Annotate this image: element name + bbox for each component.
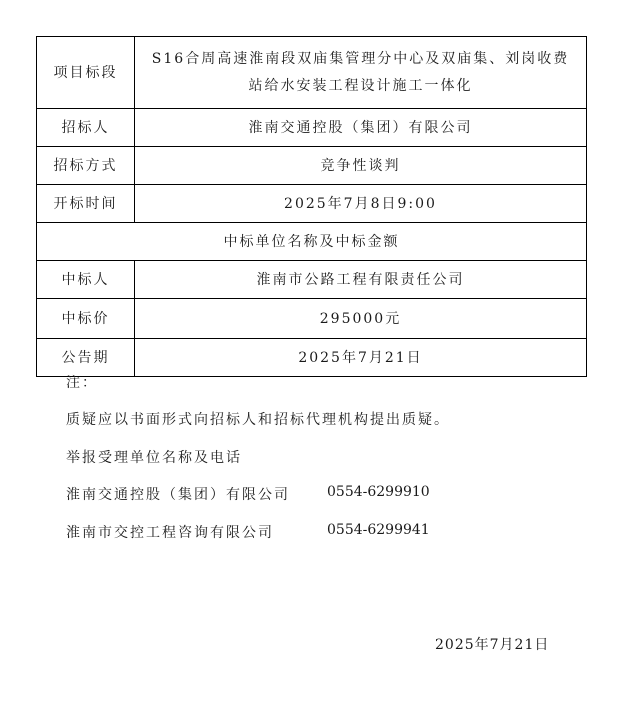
price-label: 中标价	[37, 299, 135, 339]
opening-time-label: 开标时间	[37, 185, 135, 223]
contact-2-phone: 0554-6299941	[327, 522, 430, 538]
method-value: 竞争性谈判	[135, 147, 587, 185]
row-project: 项目标段 S16合周高速淮南段双庙集管理分中心及双庙集、刘岗收费 站给水安装工程…	[37, 37, 587, 109]
row-tenderer: 招标人 淮南交通控股（集团）有限公司	[37, 109, 587, 147]
tenderer-value: 淮南交通控股（集团）有限公司	[135, 109, 587, 147]
notice-period-label: 公告期	[37, 339, 135, 377]
contact-2-name: 淮南市交控工程咨询有限公司	[66, 525, 274, 541]
section-header: 中标单位名称及中标金额	[37, 223, 587, 261]
price-value: 295000元	[135, 299, 587, 339]
winner-label: 中标人	[37, 261, 135, 299]
project-value: S16合周高速淮南段双庙集管理分中心及双庙集、刘岗收费 站给水安装工程设计施工一…	[135, 37, 587, 109]
winner-value: 淮南市公路工程有限责任公司	[135, 261, 587, 299]
report-heading: 举报受理单位名称及电话	[66, 447, 242, 467]
contact-1: 淮南交通控股（集团）有限公司 0554-6299910	[66, 484, 290, 504]
row-section-header: 中标单位名称及中标金额	[37, 223, 587, 261]
tenderer-label: 招标人	[37, 109, 135, 147]
objection-text: 质疑应以书面形式向招标人和招标代理机构提出质疑。	[66, 409, 450, 429]
row-winner: 中标人 淮南市公路工程有限责任公司	[37, 261, 587, 299]
contact-2: 淮南市交控工程咨询有限公司 0554-6299941	[66, 522, 274, 542]
notes-title: 注：	[66, 372, 98, 392]
method-label: 招标方式	[37, 147, 135, 185]
opening-time-value: 2025年7月8日9:00	[135, 185, 587, 223]
contact-1-phone: 0554-6299910	[327, 484, 430, 500]
footer-date: 2025年7月21日	[435, 634, 549, 654]
row-price: 中标价 295000元	[37, 299, 587, 339]
contact-1-name: 淮南交通控股（集团）有限公司	[66, 487, 290, 503]
project-label: 项目标段	[37, 37, 135, 109]
row-notice-period: 公告期 2025年7月21日	[37, 339, 587, 377]
bid-result-table: 项目标段 S16合周高速淮南段双庙集管理分中心及双庙集、刘岗收费 站给水安装工程…	[36, 36, 587, 377]
row-method: 招标方式 竞争性谈判	[37, 147, 587, 185]
notice-period-value: 2025年7月21日	[135, 339, 587, 377]
row-opening-time: 开标时间 2025年7月8日9:00	[37, 185, 587, 223]
project-value-line2: 站给水安装工程设计施工一体化	[135, 73, 586, 100]
project-value-line1: S16合周高速淮南段双庙集管理分中心及双庙集、刘岗收费	[135, 46, 586, 73]
